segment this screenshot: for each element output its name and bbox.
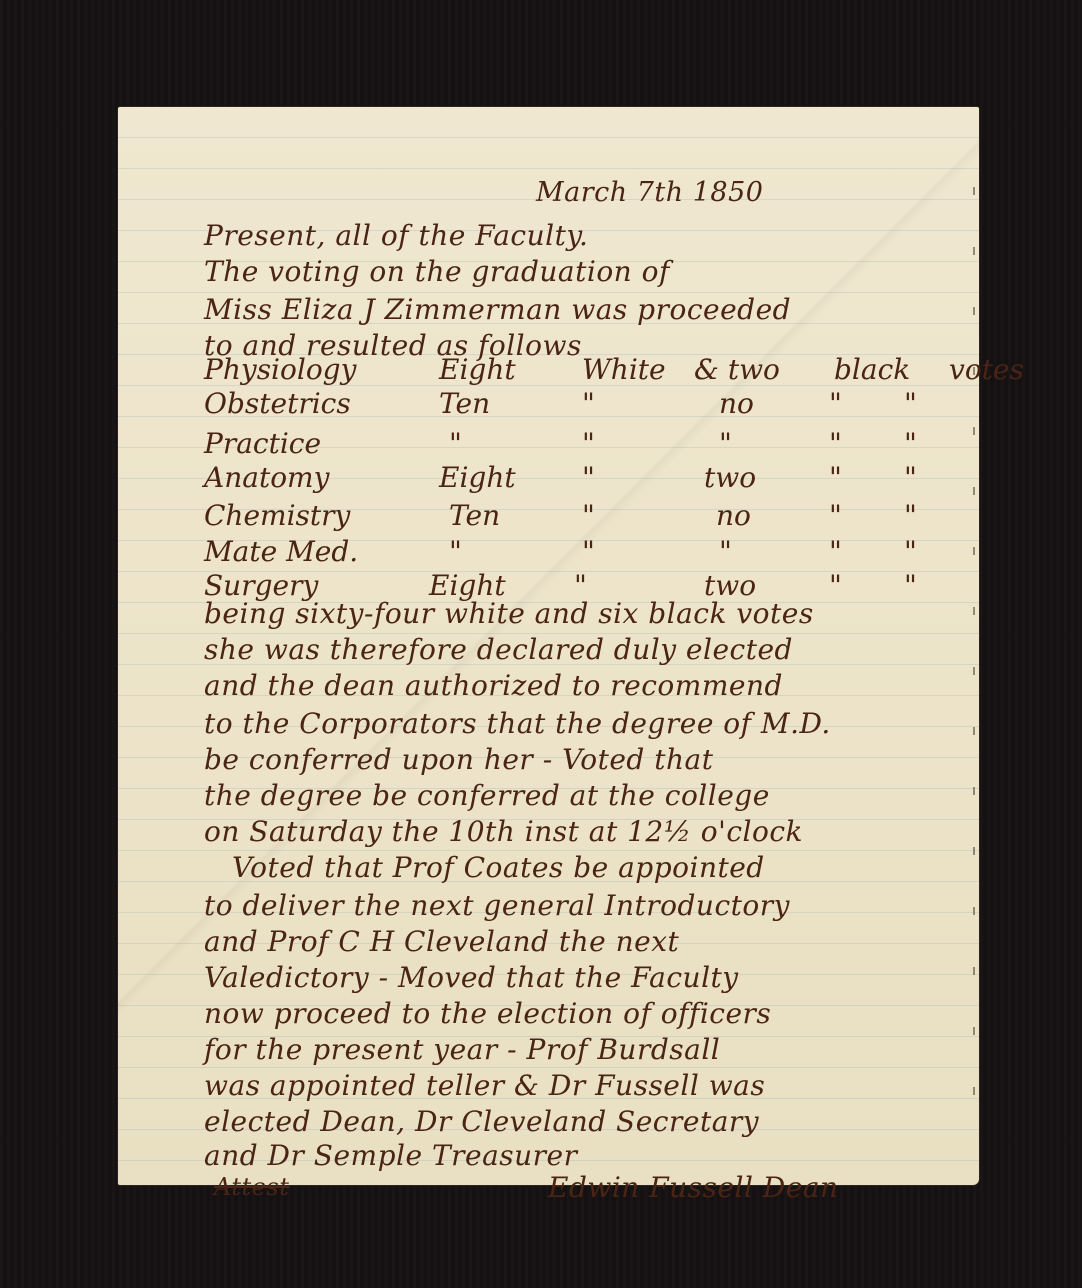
cell: " — [719, 535, 732, 568]
cell: " — [904, 461, 917, 494]
text-line: Present, all of the Faculty. — [204, 219, 588, 252]
cell: " — [582, 387, 595, 420]
text-line: and Dr Semple Treasurer — [204, 1139, 578, 1172]
manuscript-page: March 7th 1850 Present, all of the Facul… — [118, 107, 979, 1185]
text-line: Miss Eliza J Zimmerman was proceeded — [204, 293, 791, 326]
cell: Chemistry — [204, 499, 350, 532]
text-line: elected Dean, Dr Cleveland Secretary — [204, 1105, 759, 1138]
cell: no — [716, 499, 751, 532]
cell: " — [582, 427, 595, 460]
cell: Eight — [439, 461, 516, 494]
text-line: the degree be conferred at the college — [204, 779, 770, 812]
text-line: for the present year - Prof Burdsall — [204, 1033, 720, 1066]
cell: Ten — [439, 387, 490, 420]
cell: " — [829, 569, 842, 602]
cell: Mate Med. — [204, 535, 358, 568]
cell: " — [904, 569, 917, 602]
text-line: being sixty-four white and six black vot… — [204, 597, 814, 630]
cell: " — [829, 427, 842, 460]
text-line: Voted that Prof Coates be appointed — [232, 851, 765, 884]
cell: " — [449, 535, 462, 568]
cell: Eight — [439, 353, 516, 386]
struck-word: Attest — [214, 1173, 289, 1201]
text-line: on Saturday the 10th inst at 12½ o'clock — [204, 815, 803, 848]
vote-row: Mate Med. " " " " " — [204, 535, 964, 569]
cell: no — [719, 387, 754, 420]
document-date: March 7th 1850 — [536, 177, 763, 208]
cell: " — [829, 499, 842, 532]
cell: " — [904, 387, 917, 420]
cell: Practice — [204, 427, 321, 460]
cell: " — [582, 461, 595, 494]
cell: Ten — [449, 499, 500, 532]
text-line: and the dean authorized to recommend — [204, 669, 783, 702]
text-line: was appointed teller & Dr Fussell was — [204, 1069, 765, 1102]
vote-row: Anatomy Eight " two " " — [204, 461, 964, 495]
cell: " — [719, 427, 732, 460]
text-line: The voting on the graduation of — [204, 255, 670, 288]
text-line: be conferred upon her - Voted that — [204, 743, 713, 776]
cell: " — [582, 535, 595, 568]
cell: votes — [949, 353, 1024, 386]
cell: " — [904, 535, 917, 568]
cell: " — [904, 499, 917, 532]
cell: Obstetrics — [204, 387, 351, 420]
vote-row: Practice " " " " " — [204, 427, 964, 461]
cell: " — [829, 535, 842, 568]
vote-header-row: Physiology Eight White & two black votes — [204, 353, 964, 387]
text-line: she was therefore declared duly elected — [204, 633, 793, 666]
cell: & two — [694, 353, 780, 386]
text-line: and Prof C H Cleveland the next — [204, 925, 679, 958]
cell: Physiology — [204, 353, 356, 386]
signature: Edwin Fussell Dean — [548, 1171, 839, 1204]
cell: " — [582, 499, 595, 532]
text-line: to deliver the next general Introductory — [204, 889, 790, 922]
text-line: Valedictory - Moved that the Faculty — [204, 961, 739, 994]
vote-row: Chemistry Ten " no " " — [204, 499, 964, 533]
cell: " — [449, 427, 462, 460]
cell: two — [704, 461, 756, 494]
cell: Anatomy — [204, 461, 329, 494]
cell: " — [829, 387, 842, 420]
text-line: now proceed to the election of officers — [204, 997, 771, 1030]
vote-row: Obstetrics Ten " no " " — [204, 387, 964, 421]
text-line: to the Corporators that the degree of M.… — [204, 707, 831, 740]
cell: " — [904, 427, 917, 460]
cell: White — [582, 353, 666, 386]
cell: black — [834, 353, 910, 386]
cell: " — [829, 461, 842, 494]
